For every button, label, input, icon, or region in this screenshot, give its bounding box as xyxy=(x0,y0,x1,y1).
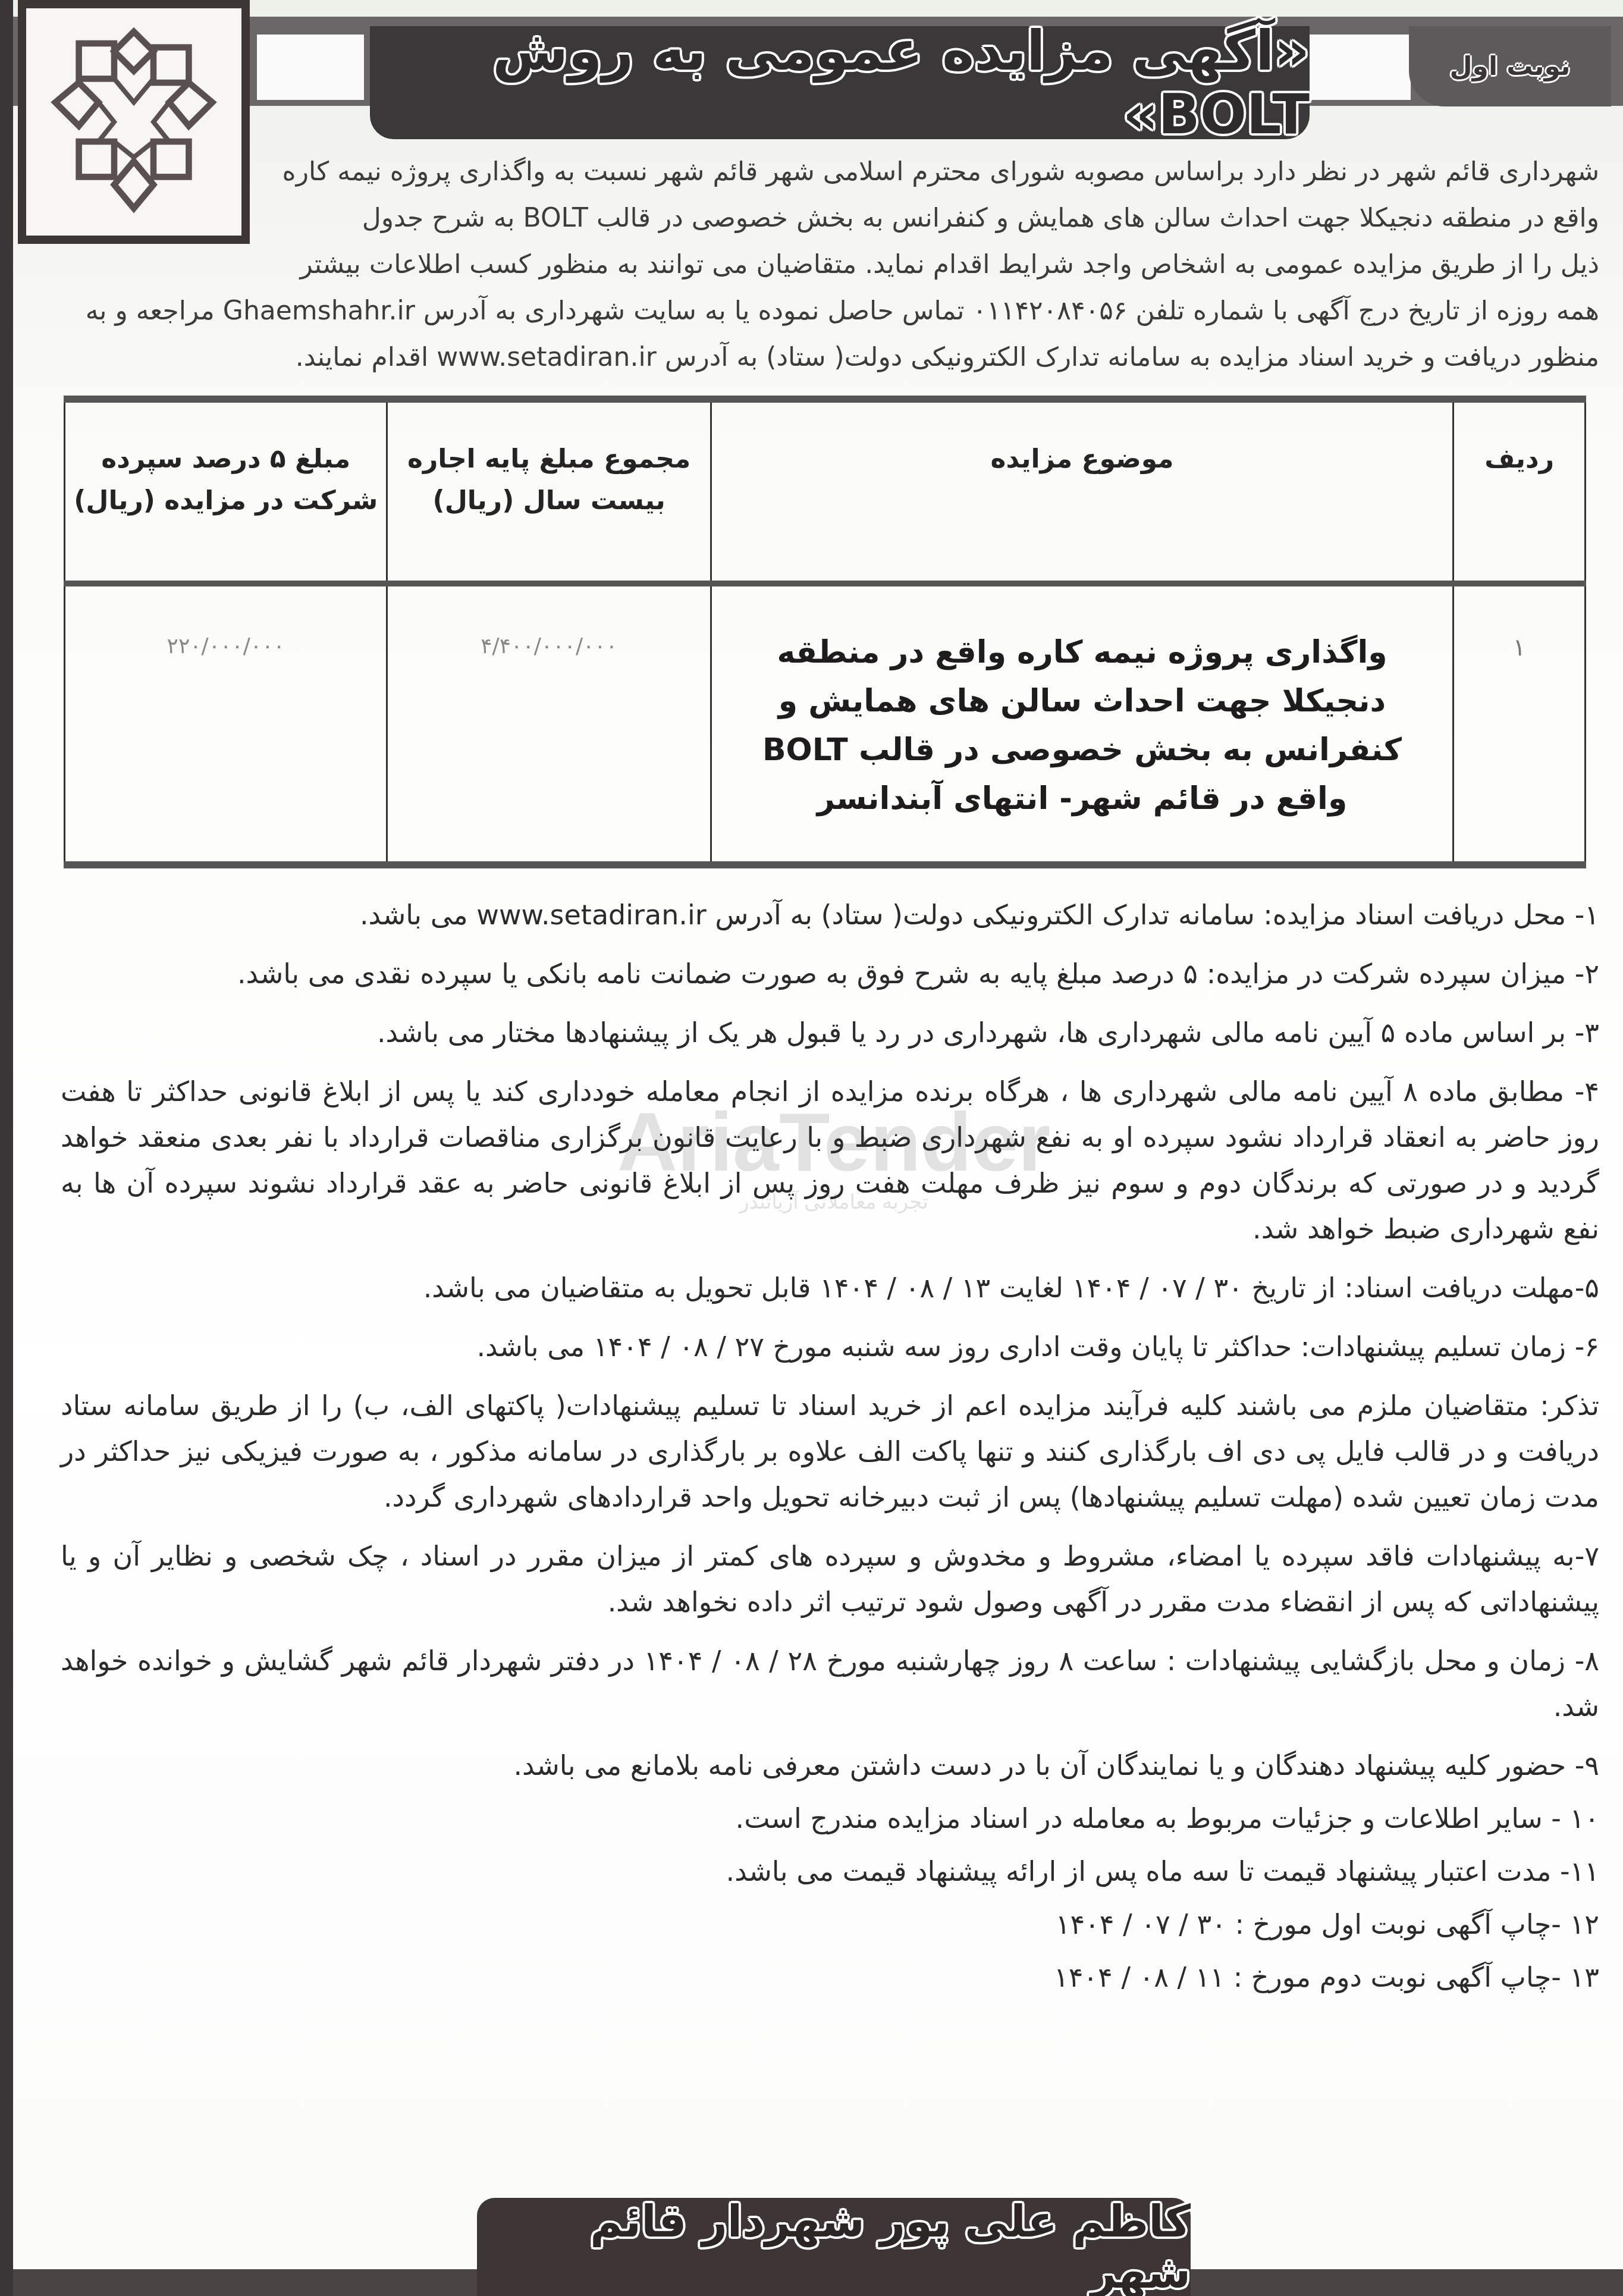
condition-item: ۱۰ - سایر اطلاعات و جزئیات مربوط به معام… xyxy=(61,1796,1599,1842)
round-badge-label: نوبت اول xyxy=(1449,51,1570,81)
header-subject: موضوع مزایده xyxy=(711,399,1453,584)
conditions-list: ۱- محل دریافت اسناد مزایده: سامانه تدارک… xyxy=(61,892,1599,2008)
auction-table: ردیف موضوع مزایده مجموع مبلغ پایه اجاره … xyxy=(64,396,1586,868)
header-base-amount: مجموع مبلغ پایه اجاره بیست سال (ریال) xyxy=(387,399,711,584)
cell-row-number: ۱ xyxy=(1454,584,1586,865)
table-header-row: ردیف موضوع مزایده مجموع مبلغ پایه اجاره … xyxy=(65,399,1586,584)
condition-item: ۱۳ -چاپ آگهی نوبت دوم مورخ : ۱۱ / ۰۸ / ۱… xyxy=(61,1955,1599,2000)
condition-item: ۵-مهلت دریافت اسناد: از تاریخ ۳۰ / ۰۷ / … xyxy=(61,1265,1599,1311)
notice-header: «آگهی مزایده عمومی به روش BOLT» نوبت اول xyxy=(13,8,1623,109)
cell-base-amount: ۴/۴۰۰/۰۰۰/۰۰۰ xyxy=(387,584,711,865)
intro-line: ذیل را از طریق مزایده عمومی به اشخاص واج… xyxy=(263,241,1599,288)
header-deposit: مبلغ ۵ درصد سپرده شرکت در مزایده (ریال) xyxy=(65,399,387,584)
municipality-logo xyxy=(18,0,250,244)
intro-line: منظور دریافت و خرید اسناد مزایده به ساما… xyxy=(263,334,1599,381)
signature-banner: کاظم علی پور شهردار قائم شهر xyxy=(477,2198,1191,2296)
mayor-signature: کاظم علی پور شهردار قائم شهر xyxy=(477,2196,1191,2296)
condition-item: ۷-به پیشنهادات فاقد سپرده یا امضاء، مشرو… xyxy=(61,1533,1599,1625)
newspaper-notice: «آگهی مزایده عمومی به روش BOLT» نوبت اول… xyxy=(0,0,1623,2296)
condition-note: تذکر: متقاضیان ملزم می باشند کلیه فرآیند… xyxy=(61,1383,1599,1520)
intro-line: واقع در منطقه دنجیکلا جهت احداث سالن های… xyxy=(263,195,1599,241)
condition-item: ۸- زمان و محل بازگشایی پیشنهادات : ساعت … xyxy=(61,1638,1599,1730)
intro-paragraph: شهرداری قائم شهر در نظر دارد براساس مصوب… xyxy=(263,149,1599,381)
table-row: ۱ واگذاری پروژه نیمه کاره واقع در منطقه … xyxy=(65,584,1586,865)
municipality-star-logo-icon xyxy=(36,24,232,220)
condition-item: ۱- محل دریافت اسناد مزایده: سامانه تدارک… xyxy=(61,892,1599,938)
cell-deposit: ۲۲۰/۰۰۰/۰۰۰ xyxy=(65,584,387,865)
cell-subject: واگذاری پروژه نیمه کاره واقع در منطقه دن… xyxy=(711,584,1453,865)
header-spacer-left xyxy=(257,34,364,100)
condition-item: ۱۲ -چاپ آگهی نوبت اول مورخ : ۳۰ / ۰۷ / ۱… xyxy=(61,1902,1599,1947)
intro-line: همه روزه از تاریخ درج آگهی با شماره تلفن… xyxy=(263,288,1599,334)
condition-item: ۶- زمان تسلیم پیشنهادات: حداکثر تا پایان… xyxy=(61,1324,1599,1370)
intro-line: شهرداری قائم شهر در نظر دارد براساس مصوب… xyxy=(263,149,1599,195)
header-row-number: ردیف xyxy=(1454,399,1586,584)
round-badge: نوبت اول xyxy=(1409,26,1611,106)
condition-item: ۳- بر اساس ماده ۵ آیین نامه مالی شهرداری… xyxy=(61,1010,1599,1056)
condition-item: ۲- میزان سپرده شرکت در مزایده: ۵ درصد مب… xyxy=(61,951,1599,997)
condition-item: ۴- مطابق ماده ۸ آیین نامه مالی شهرداری ه… xyxy=(61,1069,1599,1252)
condition-item: ۹- حضور کلیه پیشنهاد دهندگان و یا نمایند… xyxy=(61,1743,1599,1789)
header-spacer-right xyxy=(1304,34,1411,100)
title-banner: «آگهی مزایده عمومی به روش BOLT» xyxy=(370,26,1310,139)
notice-title: «آگهی مزایده عمومی به روش BOLT» xyxy=(370,19,1310,146)
condition-item: ۱۱- مدت اعتبار پیشنهاد قیمت تا سه ماه پس… xyxy=(61,1849,1599,1894)
